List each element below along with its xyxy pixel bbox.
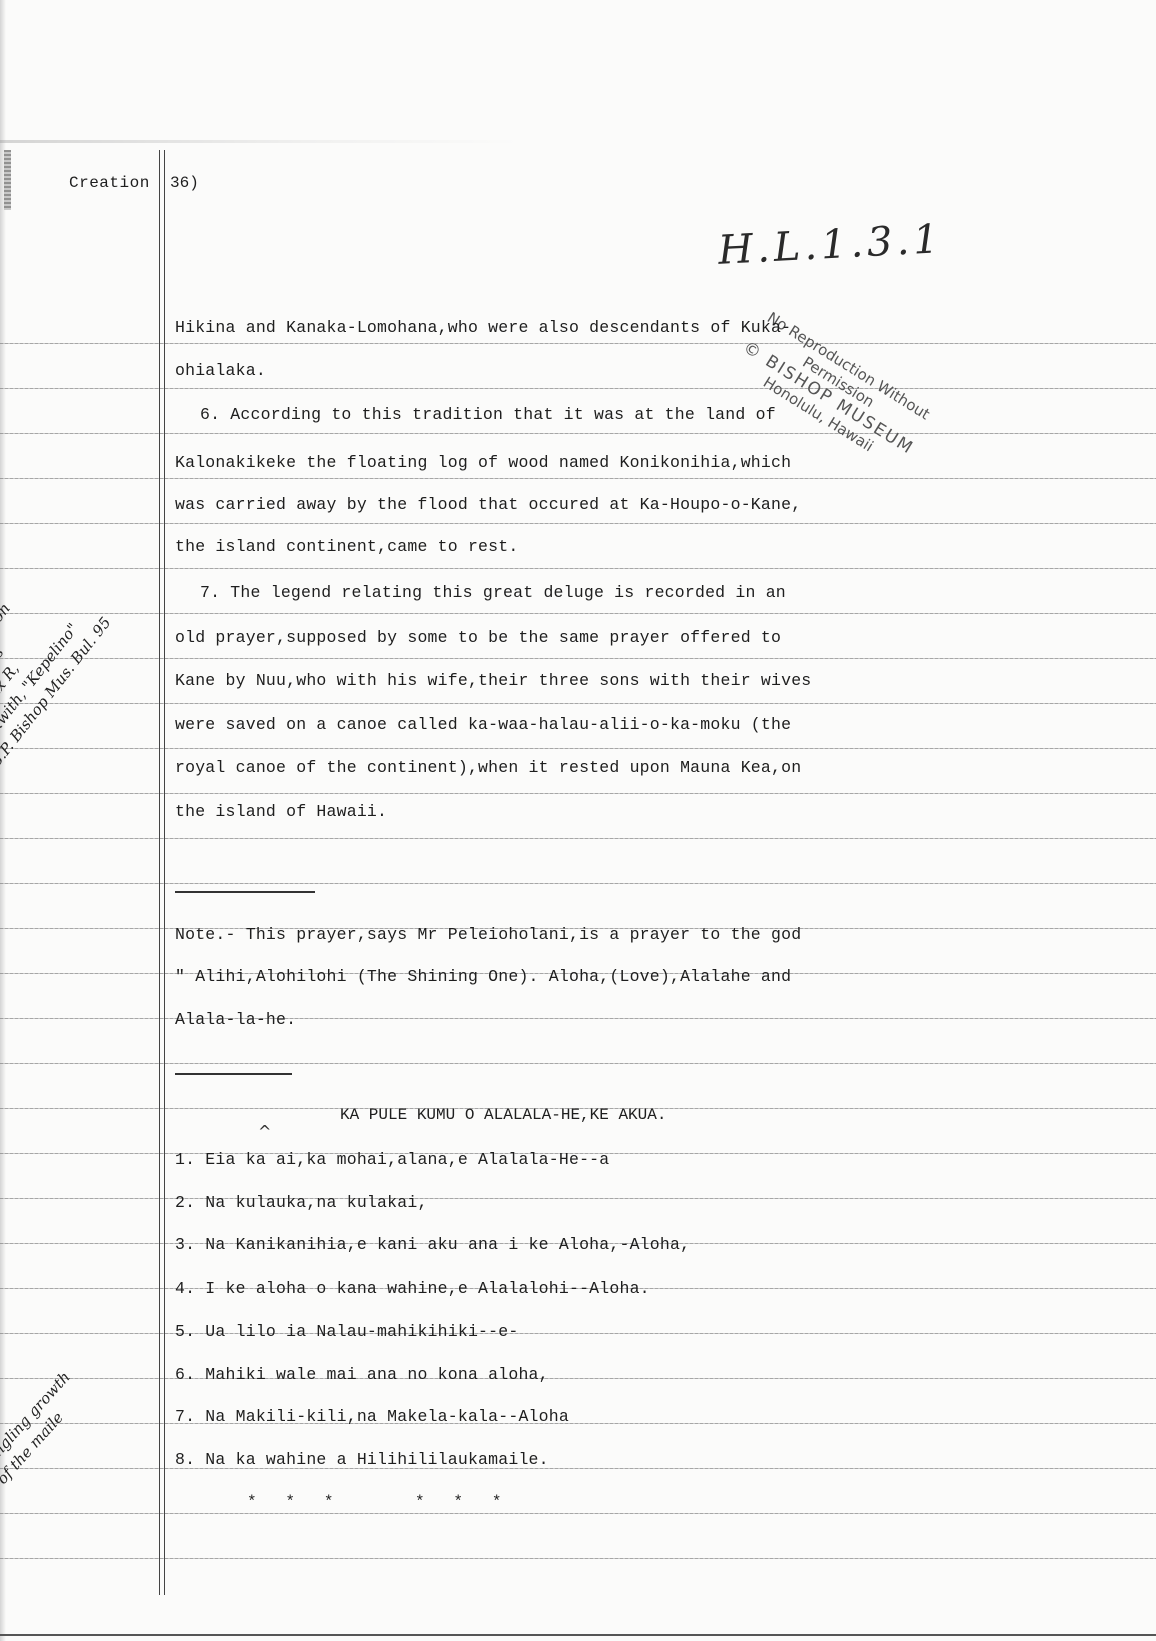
ruled-line [0, 1468, 1156, 1469]
ruled-line [0, 1063, 1156, 1064]
asterisks-left: * * * [247, 1493, 333, 1511]
body-line: Hikina and Kanaka-Lomohana,who were also… [175, 318, 791, 337]
ruled-line [0, 1423, 1156, 1424]
prayer-line: 3. Na Kanikanihia,e kani aku ana i ke Al… [175, 1235, 690, 1254]
ruled-line [0, 388, 1156, 389]
document-page: Creation 36) H.L.1.3.1 No Reproduction W… [0, 0, 1156, 1641]
asterisks-right: * * * [415, 1493, 501, 1511]
scan-smudge [0, 140, 520, 143]
ruled-line [0, 883, 1156, 884]
scan-edge [0, 0, 6, 1641]
prayer-line: 1. Eia ka ai,ka mohai,alana,e Alalala-He… [175, 1150, 609, 1169]
body-line: 6. According to this tradition that it w… [200, 405, 776, 424]
body-line: Kane by Nuu,who with his wife,their thre… [175, 671, 811, 690]
prayer-line: 2. Na kulauka,na kulakai, [175, 1193, 428, 1212]
page-number: 36) [170, 174, 199, 192]
body-line: royal canoe of the continent),when it re… [175, 758, 801, 777]
ruled-line [0, 1198, 1156, 1199]
prayer-line: 4. I ke aloha o kana wahine,e Alalalohi-… [175, 1279, 650, 1298]
section-divider [175, 1073, 292, 1075]
footnote-divider [175, 891, 315, 893]
prayer-line: 5. Ua lilo ia Nalau-mahikihiki--e- [175, 1322, 518, 1341]
body-line: Kalonakikeke the floating log of wood na… [175, 453, 791, 472]
ruled-line [0, 478, 1156, 479]
prayer-line: 7. Na Makili-kili,na Makela-kala--Aloha [175, 1407, 569, 1426]
prayer-title: KA PULE KUMU O ALALALA-HE,KE AKUA. [340, 1106, 666, 1124]
body-line: the island continent,came to rest. [175, 537, 518, 556]
ruled-line [0, 523, 1156, 524]
margin-line [159, 150, 165, 1595]
ruled-line [0, 1333, 1156, 1334]
body-line: ohialaka. [175, 361, 266, 380]
ruled-line [0, 568, 1156, 569]
ruled-line [0, 1018, 1156, 1019]
ruled-line [0, 703, 1156, 704]
scan-bottom-edge [0, 1634, 1156, 1636]
note-line: " Alihi,Alohilohi (The Shining One). Alo… [175, 967, 791, 986]
body-line: 7. The legend relating this great deluge… [200, 583, 786, 602]
ruled-line [0, 343, 1156, 344]
body-line: old prayer,supposed by some to be the sa… [175, 628, 781, 647]
ruled-line [0, 613, 1156, 614]
body-line: were saved on a canoe called ka-waa-hala… [175, 715, 791, 734]
ruled-line [0, 748, 1156, 749]
ruled-line [0, 793, 1156, 794]
caret-mark: ^ [258, 1122, 271, 1141]
section-label: Creation [69, 174, 150, 192]
catalog-mark: H.L.1.3.1 [717, 216, 944, 274]
note-line: Alala-la-he. [175, 1010, 296, 1029]
handwritten-margin-note: Tangling growth of the maile [0, 1367, 92, 1489]
ruled-line [0, 1558, 1156, 1559]
body-line: was carried away by the flood that occur… [175, 495, 801, 514]
ruled-line [0, 1513, 1156, 1514]
note-line: Note.- This prayer,says Mr Peleioholani,… [175, 925, 801, 944]
prayer-line: 8. Na ka wahine a Hilihililaukamaile. [175, 1450, 549, 1469]
ruled-line [0, 433, 1156, 434]
prayer-line: 6. Mahiki wale mai ana no kona aloha, [175, 1365, 549, 1384]
ruled-line [0, 838, 1156, 839]
scan-edge-mark [4, 150, 11, 210]
ruled-line [0, 1378, 1156, 1379]
ruled-line [0, 658, 1156, 659]
body-line: the island of Hawaii. [175, 802, 387, 821]
